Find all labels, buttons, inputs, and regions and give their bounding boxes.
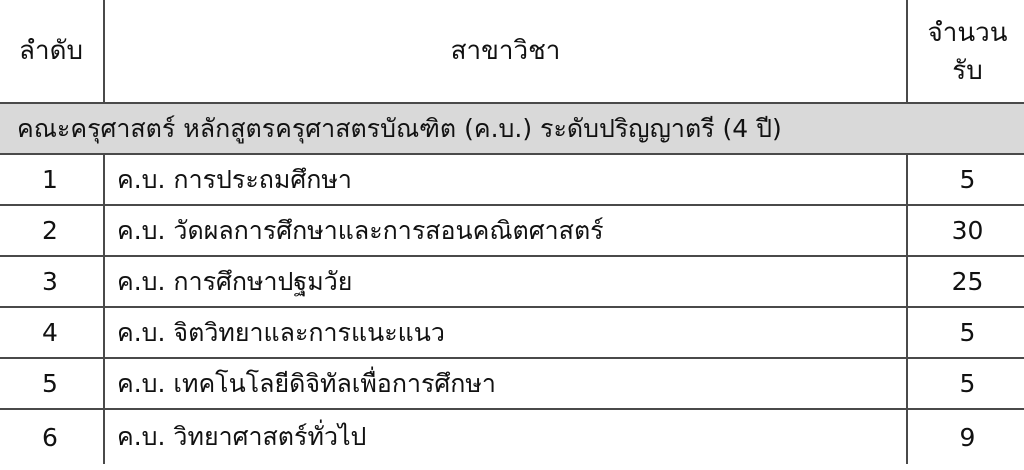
row-quota: 5 (907, 358, 1024, 409)
row-quota: 30 (907, 205, 1024, 256)
header-program: สาขาวิชา (104, 0, 907, 103)
header-row: ลำดับ สาขาวิชา จำนวน รับ (0, 0, 1024, 103)
header-quota-line1: จำนวน (928, 18, 1008, 48)
row-program: ค.บ. การศึกษาปฐมวัย (104, 256, 907, 307)
row-program: ค.บ. จิตวิทยาและการแนะแนว (104, 307, 907, 358)
row-no: 3 (0, 256, 104, 307)
table-row: 4 ค.บ. จิตวิทยาและการแนะแนว 5 (0, 307, 1024, 358)
header-quota-line2: รับ (952, 56, 982, 86)
admission-quota-table: ลำดับ สาขาวิชา จำนวน รับ คณะครุศาสตร์ หล… (0, 0, 1024, 464)
row-no: 6 (0, 409, 104, 464)
faculty-title: คณะครุศาสตร์ หลักสูตรครุศาสตรบัณฑิต (ค.บ… (0, 103, 1024, 154)
row-program: ค.บ. วัดผลการศึกษาและการสอนคณิตศาสตร์ (104, 205, 907, 256)
header-quota: จำนวน รับ (907, 0, 1024, 103)
table-row: 6 ค.บ. วิทยาศาสตร์ทั่วไป 9 (0, 409, 1024, 464)
row-no: 1 (0, 154, 104, 205)
header-no: ลำดับ (0, 0, 104, 103)
row-no: 2 (0, 205, 104, 256)
table-row: 2 ค.บ. วัดผลการศึกษาและการสอนคณิตศาสตร์ … (0, 205, 1024, 256)
faculty-row: คณะครุศาสตร์ หลักสูตรครุศาสตรบัณฑิต (ค.บ… (0, 103, 1024, 154)
row-quota: 5 (907, 307, 1024, 358)
table-row: 1 ค.บ. การประถมศึกษา 5 (0, 154, 1024, 205)
row-quota: 25 (907, 256, 1024, 307)
table-row: 3 ค.บ. การศึกษาปฐมวัย 25 (0, 256, 1024, 307)
row-no: 4 (0, 307, 104, 358)
row-quota: 5 (907, 154, 1024, 205)
table-row: 5 ค.บ. เทคโนโลยีดิจิทัลเพื่อการศึกษา 5 (0, 358, 1024, 409)
row-quota: 9 (907, 409, 1024, 464)
row-program: ค.บ. การประถมศึกษา (104, 154, 907, 205)
row-program: ค.บ. วิทยาศาสตร์ทั่วไป (104, 409, 907, 464)
row-program: ค.บ. เทคโนโลยีดิจิทัลเพื่อการศึกษา (104, 358, 907, 409)
row-no: 5 (0, 358, 104, 409)
